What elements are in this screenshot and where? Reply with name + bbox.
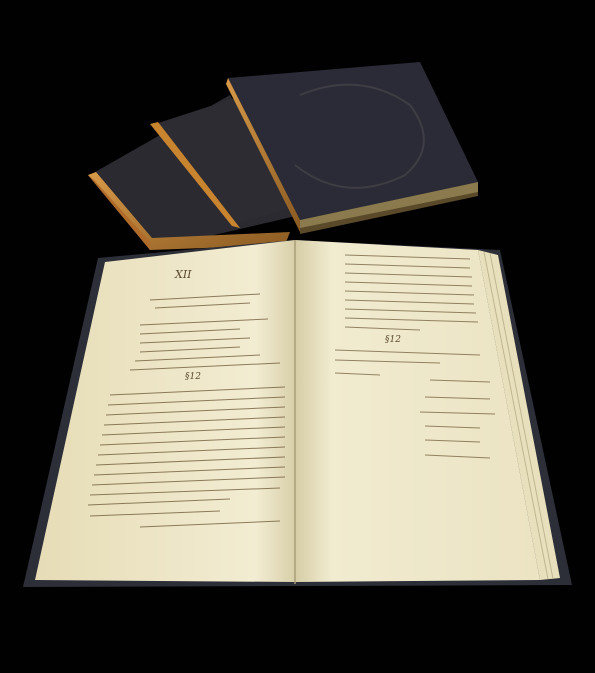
left-page-heading: XII [175,268,192,281]
books-illustration [0,0,595,673]
photo-scene: XII §12 §12 [0,0,595,673]
right-page-section-mark: §12 [385,335,401,345]
left-page-section-mark: §12 [185,372,201,382]
left-page [35,240,295,582]
